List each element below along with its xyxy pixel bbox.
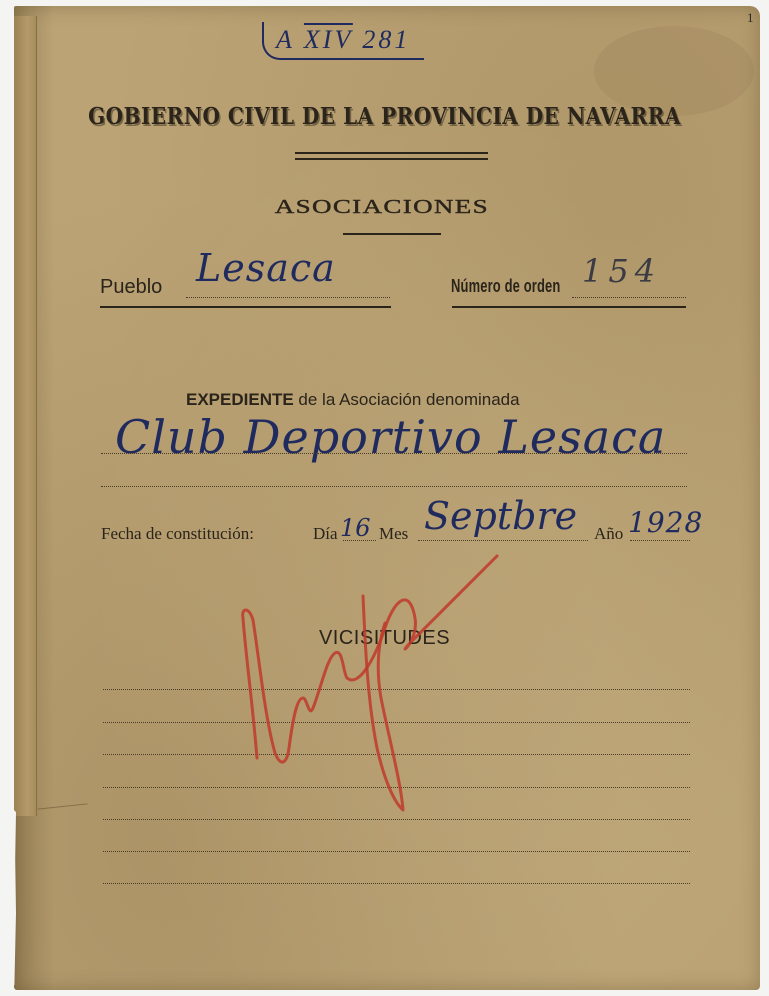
pueblo-value: Lesaca (196, 246, 336, 290)
section-rule (343, 233, 441, 235)
association-dotted-line-2 (101, 486, 687, 487)
archive-number: 281 (362, 25, 410, 54)
mes-value: Septbre (424, 494, 577, 538)
vicisitudes-line-6 (103, 851, 690, 852)
header-title: GOBIERNO CIVIL DE LA PROVINCIA DE NAVARR… (0, 102, 769, 130)
numero-underline (452, 306, 686, 308)
ano-value: 1928 (628, 506, 703, 539)
ano-dotted-line (630, 540, 690, 541)
pueblo-underline (100, 306, 391, 308)
ano-label: Año (594, 524, 623, 544)
torn-edge (0, 805, 16, 985)
pueblo-label: Pueblo (100, 276, 162, 299)
archive-reference: A XIV 281 (262, 22, 424, 60)
page-number: 1 (747, 10, 754, 26)
association-dotted-line-1 (101, 453, 687, 454)
vicisitudes-line-5 (103, 819, 690, 820)
expediente-label-bold: EXPEDIENTE (186, 390, 294, 409)
paper-crease (38, 803, 88, 815)
mes-label: Mes (379, 524, 408, 544)
expediente-label-rest: de la Asociación denominada (294, 390, 520, 409)
section-title: ASOCIACIONES (0, 196, 769, 219)
numero-de-orden-value: 154 (582, 252, 661, 290)
fecha-constitucion-label: Fecha de constitución: (101, 524, 254, 544)
expediente-label: EXPEDIENTE de la Asociación denominada (186, 390, 520, 410)
dia-label: Día (313, 524, 338, 544)
numero-de-orden-label: Número de orden (451, 276, 560, 297)
mes-dotted-line (418, 540, 588, 541)
archive-roman: XIV (304, 25, 353, 54)
vicisitudes-line-7 (103, 883, 690, 884)
folder-spine (14, 16, 37, 816)
association-name-value: Club Deportivo Lesaca (115, 410, 666, 464)
dia-value: 16 (340, 514, 371, 542)
numero-dotted-line (572, 297, 686, 298)
header-double-rule (295, 152, 488, 160)
archive-prefix: A (276, 25, 294, 54)
pueblo-dotted-line (186, 297, 390, 298)
red-pencil-signature-icon (235, 548, 505, 818)
